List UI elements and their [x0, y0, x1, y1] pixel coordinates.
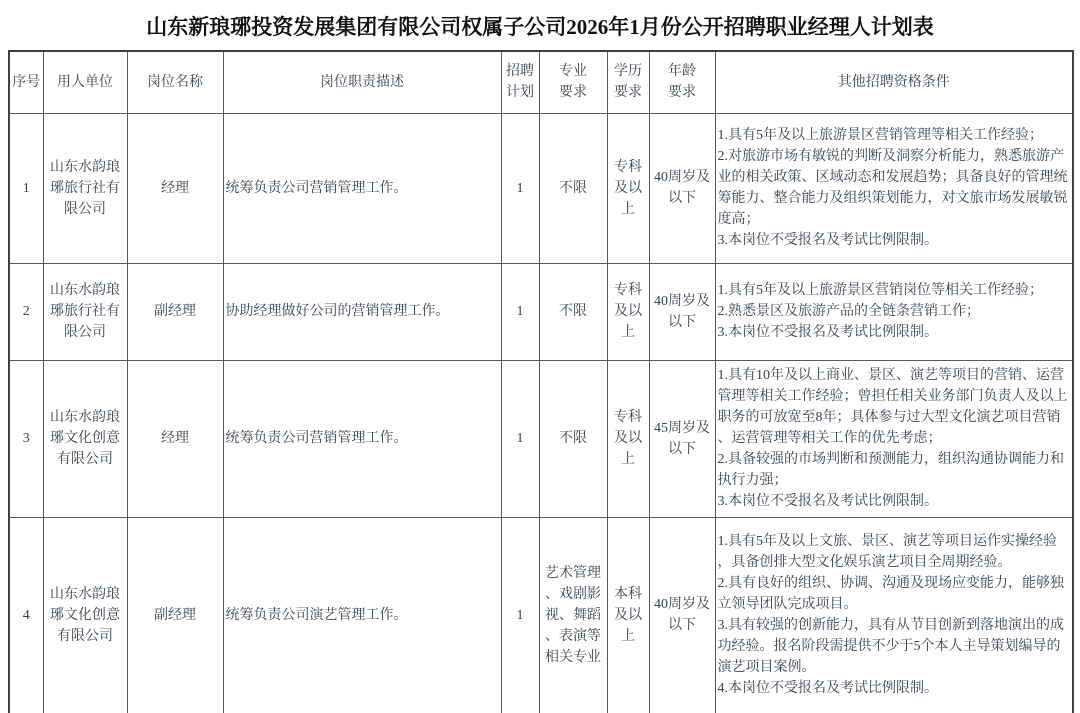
- header-major: 专业要求: [539, 51, 607, 113]
- seq-cell: 1: [9, 113, 43, 263]
- header-headcount-label: 招聘计划: [506, 61, 534, 103]
- major-cell: 不限: [539, 113, 607, 263]
- header-major-label: 专业要求: [559, 61, 587, 103]
- major-cell: 不限: [539, 263, 607, 360]
- seq-cell: 3: [9, 360, 43, 517]
- seq-cell: 4: [9, 517, 43, 713]
- table-header-row: 序号 用人单位 岗位名称 岗位职责描述 招聘计划 专业要求 学历要求 年龄要求 …: [9, 51, 1073, 113]
- header-education-label: 学历要求: [614, 61, 642, 103]
- headcount-cell: 1: [501, 113, 539, 263]
- duties-cell: 统筹负责公司演艺管理工作。: [223, 517, 501, 713]
- seq-cell: 2: [9, 263, 43, 360]
- table-row: 3 山东水韵琅琊文化创意有限公司 经理 统筹负责公司营销管理工作。 1 不限 专…: [9, 360, 1073, 517]
- other-requirements-cell: 1.具有10年及以上商业、景区、演艺等项目的营销、运营管理等相关工作经验；曾担任…: [715, 360, 1073, 517]
- education-cell: 专科及以上: [607, 113, 649, 263]
- position-cell: 经理: [127, 360, 223, 517]
- headcount-cell: 1: [501, 517, 539, 713]
- major-cell: 不限: [539, 360, 607, 517]
- page-title: 山东新琅琊投资发展集团有限公司权属子公司2026年1月份公开招聘职业经理人计划表: [0, 0, 1080, 50]
- position-cell: 副经理: [127, 263, 223, 360]
- age-cell: 40周岁及以下: [649, 517, 715, 713]
- header-seq: 序号: [9, 51, 43, 113]
- header-duties: 岗位职责描述: [223, 51, 501, 113]
- headcount-cell: 1: [501, 360, 539, 517]
- employer-cell: 山东水韵琅琊旅行社有限公司: [43, 263, 127, 360]
- header-headcount: 招聘计划: [501, 51, 539, 113]
- table-row: 4 山东水韵琅琊文化创意有限公司 副经理 统筹负责公司演艺管理工作。 1 艺术管…: [9, 517, 1073, 713]
- age-cell: 40周岁及以下: [649, 263, 715, 360]
- major-cell: 艺术管理、戏剧影视、舞蹈、表演等相关专业: [539, 517, 607, 713]
- other-requirements-cell: 1.具有5年及以上旅游景区营销岗位等相关工作经验； 2.熟悉景区及旅游产品的全链…: [715, 263, 1073, 360]
- position-cell: 副经理: [127, 517, 223, 713]
- recruitment-plan-table: 序号 用人单位 岗位名称 岗位职责描述 招聘计划 专业要求 学历要求 年龄要求 …: [8, 50, 1074, 713]
- table-row: 1 山东水韵琅琊旅行社有限公司 经理 统筹负责公司营销管理工作。 1 不限 专科…: [9, 113, 1073, 263]
- header-employer: 用人单位: [43, 51, 127, 113]
- header-position: 岗位名称: [127, 51, 223, 113]
- duties-cell: 统筹负责公司营销管理工作。: [223, 360, 501, 517]
- header-other-requirements: 其他招聘资格条件: [715, 51, 1073, 113]
- other-requirements-cell: 1.具有5年及以上文旅、景区、演艺等项目运作实操经验，具备创排大型文化娱乐演艺项…: [715, 517, 1073, 713]
- education-cell: 专科及以上: [607, 360, 649, 517]
- table-row: 2 山东水韵琅琊旅行社有限公司 副经理 协助经理做好公司的营销管理工作。 1 不…: [9, 263, 1073, 360]
- duties-cell: 统筹负责公司营销管理工作。: [223, 113, 501, 263]
- duties-cell: 协助经理做好公司的营销管理工作。: [223, 263, 501, 360]
- position-cell: 经理: [127, 113, 223, 263]
- education-cell: 专科及以上: [607, 263, 649, 360]
- header-age-label: 年龄要求: [668, 61, 696, 103]
- header-education: 学历要求: [607, 51, 649, 113]
- age-cell: 45周岁及以下: [649, 360, 715, 517]
- employer-cell: 山东水韵琅琊文化创意有限公司: [43, 517, 127, 713]
- education-cell: 本科及以上: [607, 517, 649, 713]
- employer-cell: 山东水韵琅琊旅行社有限公司: [43, 113, 127, 263]
- header-age: 年龄要求: [649, 51, 715, 113]
- age-cell: 40周岁及以下: [649, 113, 715, 263]
- other-requirements-cell: 1.具有5年及以上旅游景区营销管理等相关工作经验； 2.对旅游市场有敏锐的判断及…: [715, 113, 1073, 263]
- headcount-cell: 1: [501, 263, 539, 360]
- employer-cell: 山东水韵琅琊文化创意有限公司: [43, 360, 127, 517]
